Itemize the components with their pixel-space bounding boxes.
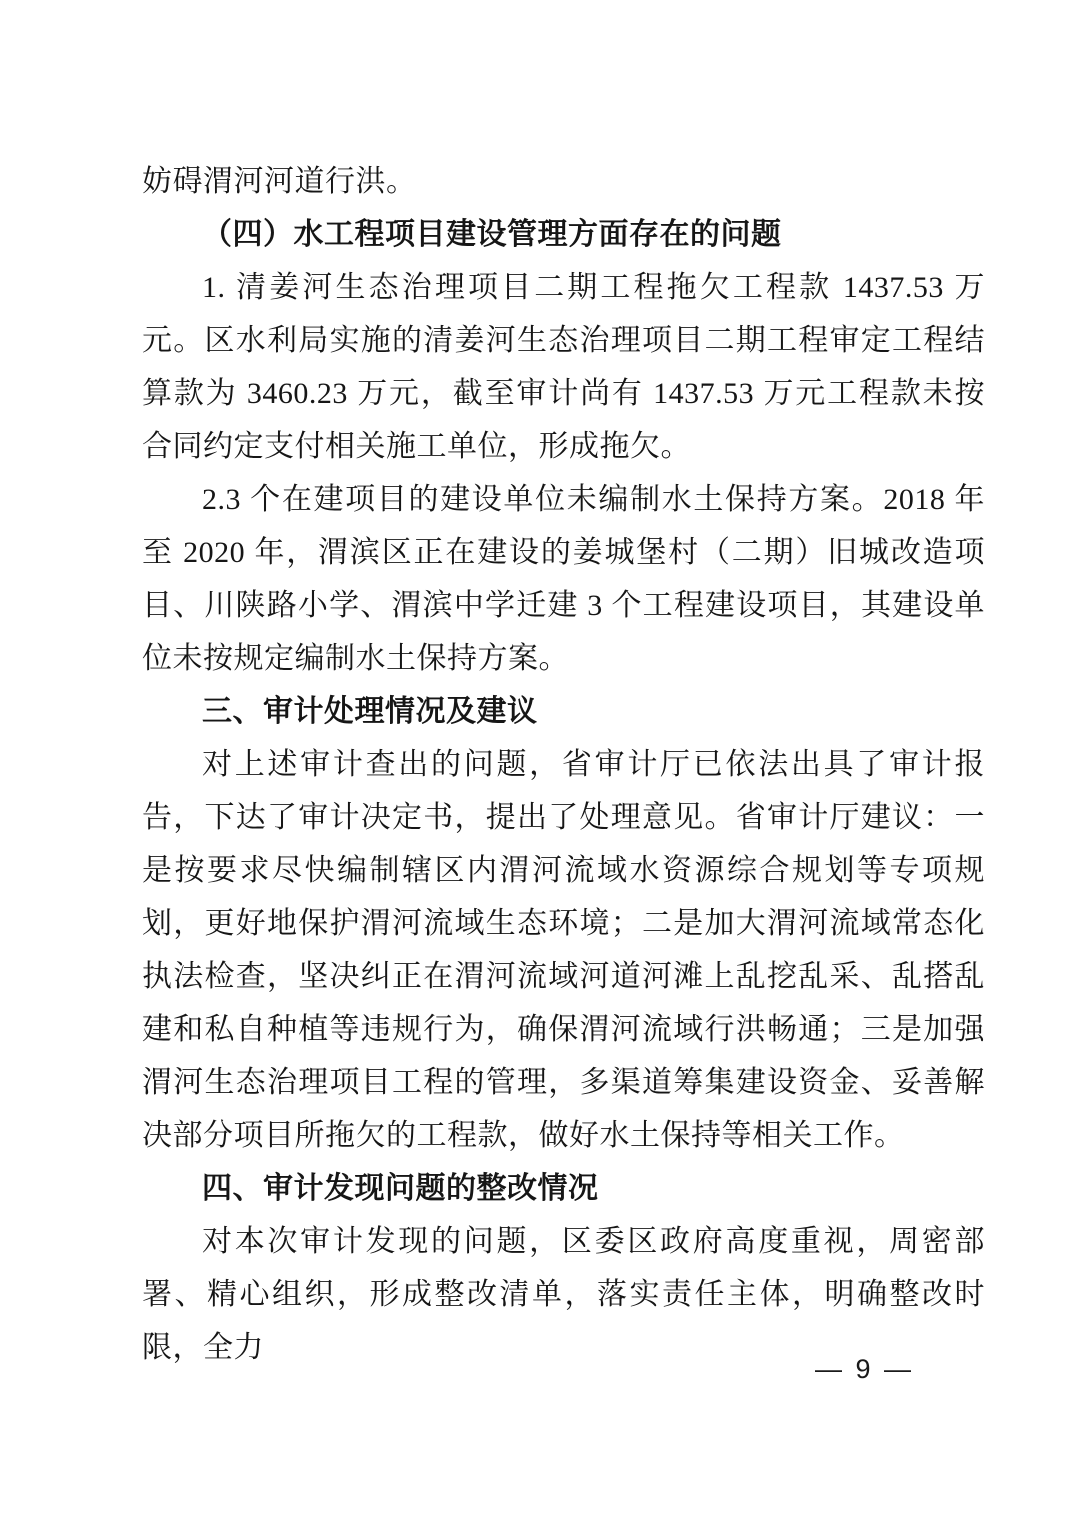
page-number: — 9 — xyxy=(815,1354,914,1384)
paragraph-issue-1-arrears: 1. 清姜河生态治理项目二期工程拖欠工程款 1437.53 万元。区水利局实施的… xyxy=(142,261,985,473)
document-page: 妨碍渭河河道行洪。 （四）水工程项目建设管理方面存在的问题 1. 清姜河生态治理… xyxy=(0,0,1074,1520)
subheading-item-four-water-projects: （四）水工程项目建设管理方面存在的问题 xyxy=(142,208,985,261)
section-heading-four-rectification: 四、审计发现问题的整改情况 xyxy=(142,1162,985,1215)
paragraph-continuation-flood: 妨碍渭河河道行洪。 xyxy=(142,155,985,208)
section-heading-three-audit-handling: 三、审计处理情况及建议 xyxy=(142,685,985,738)
paragraph-audit-recommendations: 对上述审计查出的问题，省审计厅已依法出具了审计报告，下达了审计决定书，提出了处理… xyxy=(142,738,985,1162)
paragraph-issue-2-soil-conservation: 2.3 个在建项目的建设单位未编制水土保持方案。2018 年至 2020 年，渭… xyxy=(142,473,985,685)
paragraph-rectification-status: 对本次审计发现的问题，区委区政府高度重视，周密部署、精心组织，形成整改清单，落实… xyxy=(142,1215,985,1374)
document-body: 妨碍渭河河道行洪。 （四）水工程项目建设管理方面存在的问题 1. 清姜河生态治理… xyxy=(142,155,985,1374)
